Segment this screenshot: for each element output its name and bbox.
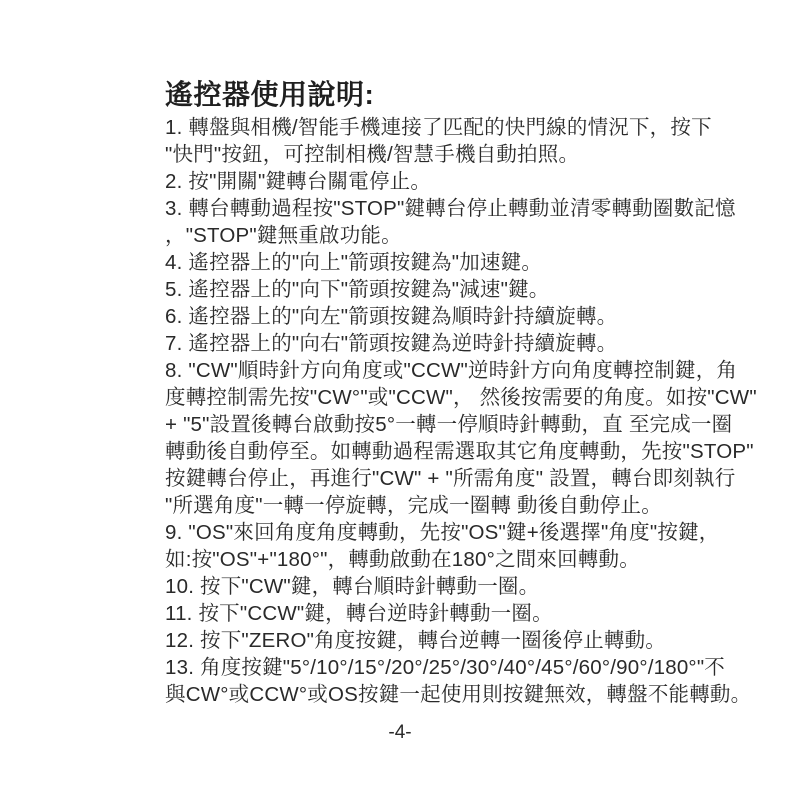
instruction-line: 12. 按下"ZERO"角度按鍵，轉台逆轉一圈後停止轉動。	[165, 627, 670, 654]
instruction-line: 度轉控制需先按"CW°"或"CCW"， 然後按需要的角度。如按"CW"	[165, 384, 670, 411]
document-page: 遙控器使用說明: 1. 轉盤與相機/智能手機連接了匹配的快門線的情況下，按下 "…	[0, 0, 800, 800]
instruction-line: 5. 遙控器上的"向下"箭頭按鍵為"減速"鍵。	[165, 276, 670, 303]
instruction-line: 1. 轉盤與相機/智能手機連接了匹配的快門線的情況下，按下	[165, 114, 670, 141]
instruction-line: ，"STOP"鍵無重啟功能。	[165, 222, 670, 249]
page-title: 遙控器使用說明:	[165, 79, 374, 111]
instruction-line: 8. "CW"順時針方向角度或"CCW"逆時針方向角度轉控制鍵，角	[165, 357, 670, 384]
instruction-line: 按鍵轉台停止，再進行"CW" + "所需角度" 設置，轉台即刻執行	[165, 465, 670, 492]
instruction-list: 1. 轉盤與相機/智能手機連接了匹配的快門線的情況下，按下 "快門"按鈕，可控制…	[165, 114, 670, 708]
instruction-line: "快門"按鈕，可控制相機/智慧手機自動拍照。	[165, 141, 670, 168]
instruction-line: 與CW°或CCW°或OS按鍵一起使用則按鍵無效，轉盤不能轉動。	[165, 681, 670, 708]
page-number: -4-	[165, 722, 635, 744]
instruction-line: 4. 遙控器上的"向上"箭頭按鍵為"加速鍵。	[165, 249, 670, 276]
instruction-line: "所選角度"一轉一停旋轉，完成一圈轉 動後自動停止。	[165, 492, 670, 519]
instruction-line: + "5"設置後轉台啟動按5°一轉一停順時針轉動，直 至完成一圈	[165, 411, 670, 438]
instruction-line: 6. 遙控器上的"向左"箭頭按鍵為順時針持續旋轉。	[165, 303, 670, 330]
instruction-line: 11. 按下"CCW"鍵，轉台逆時針轉動一圈。	[165, 600, 670, 627]
instruction-line: 13. 角度按鍵"5°/10°/15°/20°/25°/30°/40°/45°/…	[165, 654, 670, 681]
instruction-line: 2. 按"開關"鍵轉台關電停止。	[165, 168, 670, 195]
instruction-line: 3. 轉台轉動過程按"STOP"鍵轉台停止轉動並清零轉動圈數記憶	[165, 195, 670, 222]
instruction-line: 如:按"OS"+"180°"，轉動啟動在180°之間來回轉動。	[165, 546, 670, 573]
instruction-line: 轉動後自動停至。如轉動過程需選取其它角度轉動，先按"STOP"	[165, 438, 670, 465]
instruction-line: 10. 按下"CW"鍵，轉台順時針轉動一圈。	[165, 573, 670, 600]
instruction-line: 7. 遙控器上的"向右"箭頭按鍵為逆時針持續旋轉。	[165, 330, 670, 357]
instruction-line: 9. "OS"來回角度角度轉動，先按"OS"鍵+後選擇"角度"按鍵，	[165, 519, 670, 546]
